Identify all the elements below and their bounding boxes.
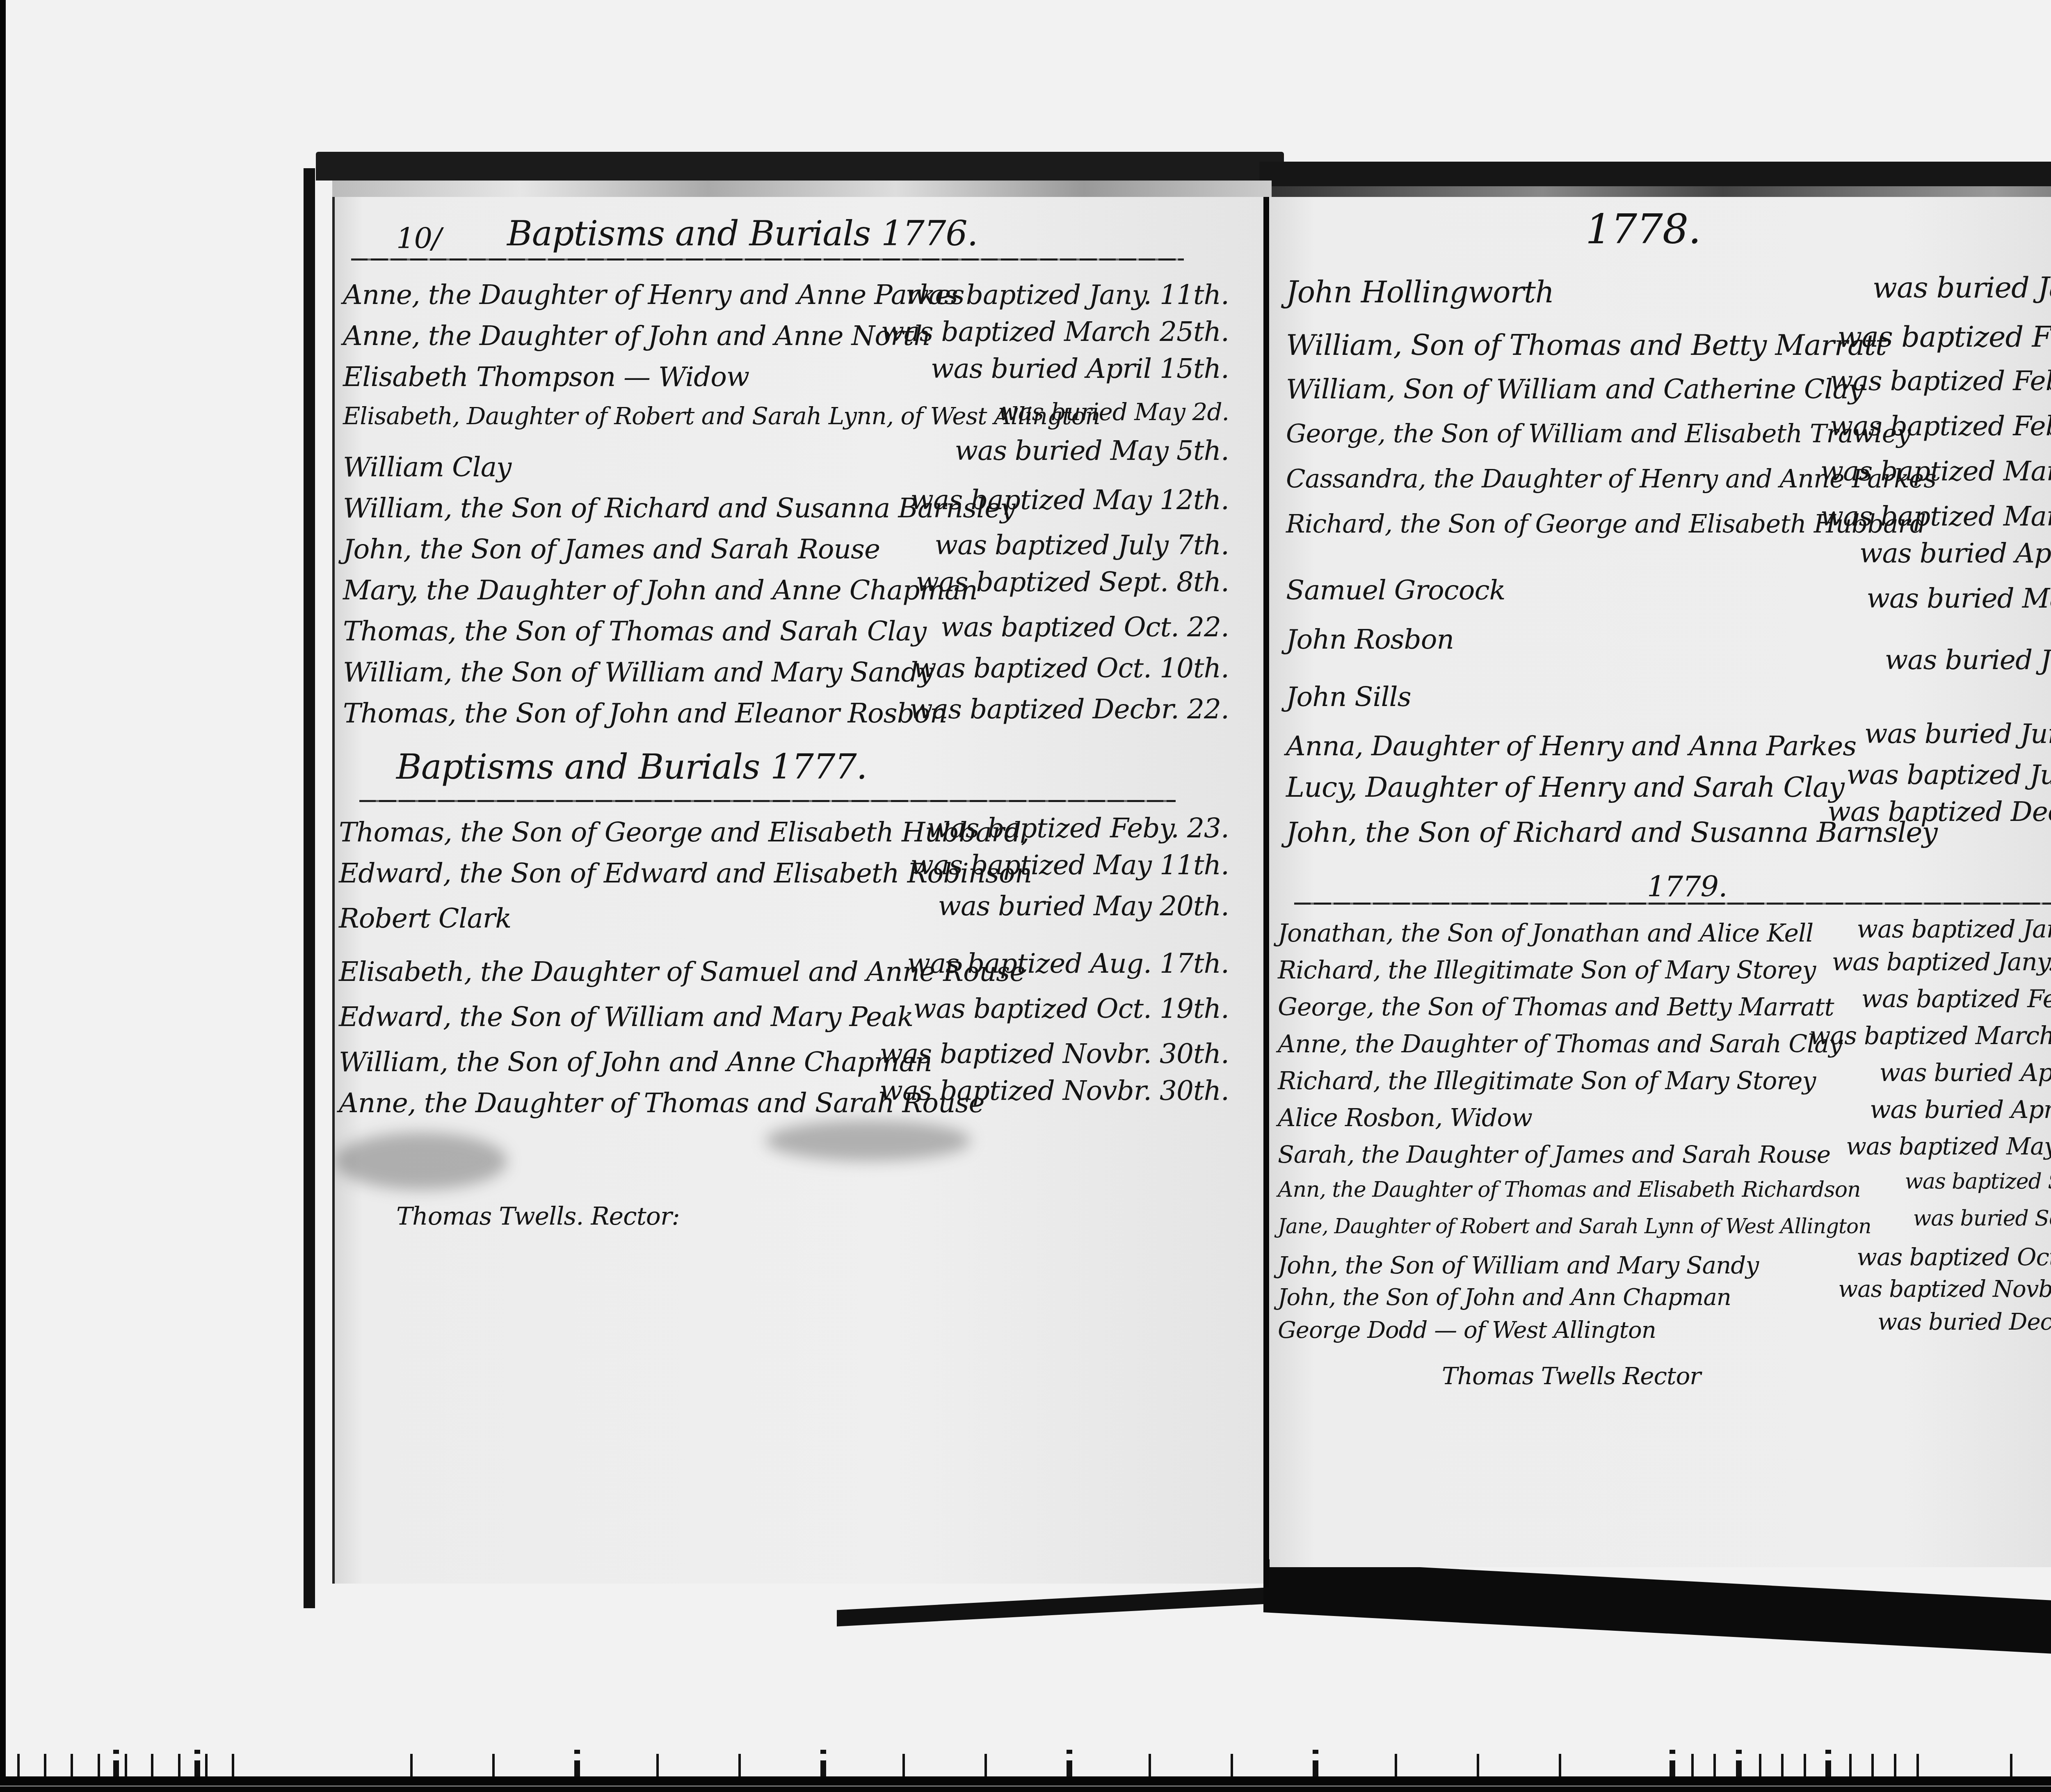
entry-event: was buried May 20th. bbox=[938, 890, 1229, 922]
entry-name: John Sills bbox=[1286, 681, 1411, 713]
entry-event: was baptized Jany. 11th. bbox=[906, 279, 1229, 311]
entry-name: John Hollingworth bbox=[1286, 275, 1554, 309]
film-ruler-ticks bbox=[0, 1752, 2051, 1776]
entry-name: Ann, the Daughter of Thomas and Elisabet… bbox=[1278, 1177, 1861, 1202]
heading-rule bbox=[359, 800, 1176, 802]
entry-event: was buried April 15th. bbox=[931, 353, 1229, 384]
entry-name: Sarah, the Daughter of James and Sarah R… bbox=[1278, 1141, 1830, 1168]
heading-rule bbox=[351, 258, 1184, 261]
entry-event: was buried May 5th. bbox=[955, 435, 1229, 466]
entry-name: John Rosbon bbox=[1286, 624, 1454, 655]
entry-name: Richard, the Illegitimate Son of Mary St… bbox=[1278, 1067, 1816, 1095]
entry-name: William, Son of William and Catherine Cl… bbox=[1286, 373, 1863, 405]
entry-event: was baptized Aug. 17th. bbox=[907, 948, 1229, 979]
film-edge-bottom bbox=[0, 1776, 2051, 1792]
entry-event: was baptized Novbr. 28th. bbox=[1838, 1276, 2051, 1303]
entry-name: Anne, the Daughter of John and Anne Nort… bbox=[343, 320, 931, 352]
entry-event: was baptized May 12th. bbox=[911, 484, 1229, 516]
book-cover-bottom-right bbox=[1263, 1559, 2051, 1660]
entry-event: was baptized Febr. 27th. bbox=[1830, 365, 2051, 397]
entry-name: Elisabeth, Daughter of Robert and Sarah … bbox=[343, 402, 1100, 430]
entry-name: John, the Son of John and Ann Chapman bbox=[1278, 1284, 1731, 1311]
entry-event: was baptized Oct. 22. bbox=[941, 611, 1229, 643]
entry-event: was buried June 1st. bbox=[1885, 644, 2051, 676]
entry-event: was baptized March 25th. bbox=[881, 316, 1229, 347]
rector-signature: Thomas Twells Rector bbox=[1442, 1362, 1701, 1390]
entry-name: Mary, the Daughter of John and Anne Chap… bbox=[343, 574, 978, 606]
entry-event: was buried May 2d. bbox=[998, 398, 1229, 426]
entry-event: was baptized Oct. 19th. bbox=[913, 993, 1229, 1024]
open-register-book: 10/ Baptisms and Burials 1776. Anne, the… bbox=[304, 152, 2051, 1649]
entry-event: was baptized March 22d. bbox=[1820, 501, 2051, 532]
entry-event: was baptized Novbr. 30th. bbox=[880, 1075, 1229, 1106]
entry-name: Elisabeth Thompson — Widow bbox=[343, 361, 749, 393]
entry-event: was baptized Decr. 13th. bbox=[1828, 796, 2051, 827]
entry-name: Thomas, the Son of Thomas and Sarah Clay bbox=[343, 615, 926, 647]
entry-event: was baptized July 25th. bbox=[1846, 759, 2051, 791]
book-cover-top-left bbox=[316, 152, 1284, 181]
entry-name: George, the Son of William and Elisabeth… bbox=[1286, 418, 1911, 448]
entry-event: was buried April 5th. bbox=[1870, 1095, 2051, 1124]
right-page: 1778. 11 John Hollingworth was buried Ja… bbox=[1270, 197, 2051, 1567]
entry-name: Anna, Daughter of Henry and Anna Parkes bbox=[1286, 730, 1856, 762]
entry-name: John, the Son of William and Mary Sandy bbox=[1278, 1251, 1759, 1279]
entry-name: Anne, the Daughter of Henry and Anne Par… bbox=[343, 279, 964, 311]
page-edges-left bbox=[332, 181, 1272, 197]
section-heading-1776: Baptisms and Burials 1776. bbox=[507, 213, 978, 254]
entry-name: George Dodd — of West Allington bbox=[1278, 1317, 1656, 1344]
entry-event: was baptized Sept. 8th. bbox=[916, 566, 1229, 598]
entry-name: William, the Son of John and Anne Chapma… bbox=[339, 1046, 932, 1078]
entry-event: was baptized Decbr. 22. bbox=[909, 693, 1229, 725]
entry-name: Thomas, the Son of George and Elisabeth … bbox=[339, 816, 1029, 848]
entry-event: was baptized Jany. 23. bbox=[1857, 915, 2051, 944]
entry-event: was baptized Novbr. 30th. bbox=[880, 1038, 1229, 1070]
entry-name: William, the Son of William and Mary San… bbox=[343, 656, 933, 688]
entry-event: was baptized Feby. 23. bbox=[927, 812, 1229, 844]
entry-event: was baptized Jany. 24th. bbox=[1832, 948, 2051, 976]
entry-event: was baptized Feb. 8th. bbox=[1837, 320, 2051, 354]
entry-event: was baptized March 14th. bbox=[1809, 1022, 2051, 1050]
entry-event: was buried Jany. 28. bbox=[1873, 271, 2051, 304]
entry-event: was baptized Febr. 27th. bbox=[1830, 410, 2051, 442]
entry-name: Robert Clark bbox=[339, 903, 511, 934]
entry-name: George, the Son of Thomas and Betty Marr… bbox=[1278, 993, 1834, 1022]
heading-rule bbox=[1294, 903, 2051, 905]
book-gutter bbox=[1263, 197, 1269, 1588]
entry-event: was buried Decbr. 5th. bbox=[1877, 1309, 2051, 1335]
entry-name: Richard, the Illegitimate Son of Mary St… bbox=[1278, 956, 1816, 985]
entry-event: was buried April 2d. bbox=[1880, 1058, 2051, 1087]
entry-name: Lucy, Daughter of Henry and Sarah Clay bbox=[1286, 771, 1844, 804]
section-heading-1777: Baptisms and Burials 1777. bbox=[396, 747, 867, 787]
entry-event: was buried April 19th. bbox=[1859, 537, 2051, 569]
film-edge-left bbox=[0, 0, 6, 1792]
entry-event: was baptized Oct. 10th. bbox=[913, 652, 1229, 684]
page-number: 10/ bbox=[396, 222, 441, 255]
entry-event: was baptized March 22d. bbox=[1820, 455, 2051, 487]
entry-name: William, Son of Thomas and Betty Marratt bbox=[1286, 328, 1887, 362]
entry-event: was buried May 30th. bbox=[1866, 583, 2051, 614]
ink-smudge bbox=[765, 1120, 971, 1161]
entry-name: Samuel Grocock bbox=[1286, 574, 1505, 606]
left-page: 10/ Baptisms and Burials 1776. Anne, the… bbox=[332, 197, 1266, 1584]
entry-event: was buried Sept. 14th. bbox=[1913, 1206, 2051, 1231]
entry-event: was buried June 19th. bbox=[1864, 718, 2051, 750]
section-heading-1778: 1778. bbox=[1585, 205, 1701, 253]
entry-event: was baptized Sept. 5th. bbox=[1905, 1169, 2051, 1194]
book-cover-bottom-left bbox=[837, 1588, 1263, 1627]
entry-name: Thomas, the Son of John and Eleanor Rosb… bbox=[343, 697, 947, 729]
entry-event: was baptized May 17th. bbox=[1846, 1132, 2051, 1160]
ink-smudge bbox=[335, 1132, 507, 1190]
entry-name: Edward, the Son of William and Mary Peak bbox=[339, 1001, 913, 1033]
rector-signature: Thomas Twells. Rector: bbox=[396, 1202, 680, 1231]
entry-name: William Clay bbox=[343, 451, 511, 483]
entry-event: was baptized May 11th. bbox=[911, 849, 1229, 881]
entry-event: was baptized July 7th. bbox=[934, 529, 1229, 561]
book-cover-left bbox=[304, 168, 315, 1608]
entry-name: Jane, Daughter of Robert and Sarah Lynn … bbox=[1278, 1214, 1871, 1238]
book-cover-top-right bbox=[1259, 162, 2051, 186]
entry-name: John, the Son of James and Sarah Rouse bbox=[343, 533, 880, 565]
entry-name: Alice Rosbon, Widow bbox=[1278, 1104, 1532, 1132]
entry-name: Anne, the Daughter of Thomas and Sarah C… bbox=[1278, 1030, 1842, 1058]
entry-event: was baptized Feb. 21. bbox=[1861, 985, 2051, 1013]
entry-name: Jonathan, the Son of Jonathan and Alice … bbox=[1278, 919, 1813, 948]
entry-event: was baptized Oct. 17th. bbox=[1857, 1243, 2051, 1271]
section-heading-1779: 1779. bbox=[1647, 870, 1727, 903]
